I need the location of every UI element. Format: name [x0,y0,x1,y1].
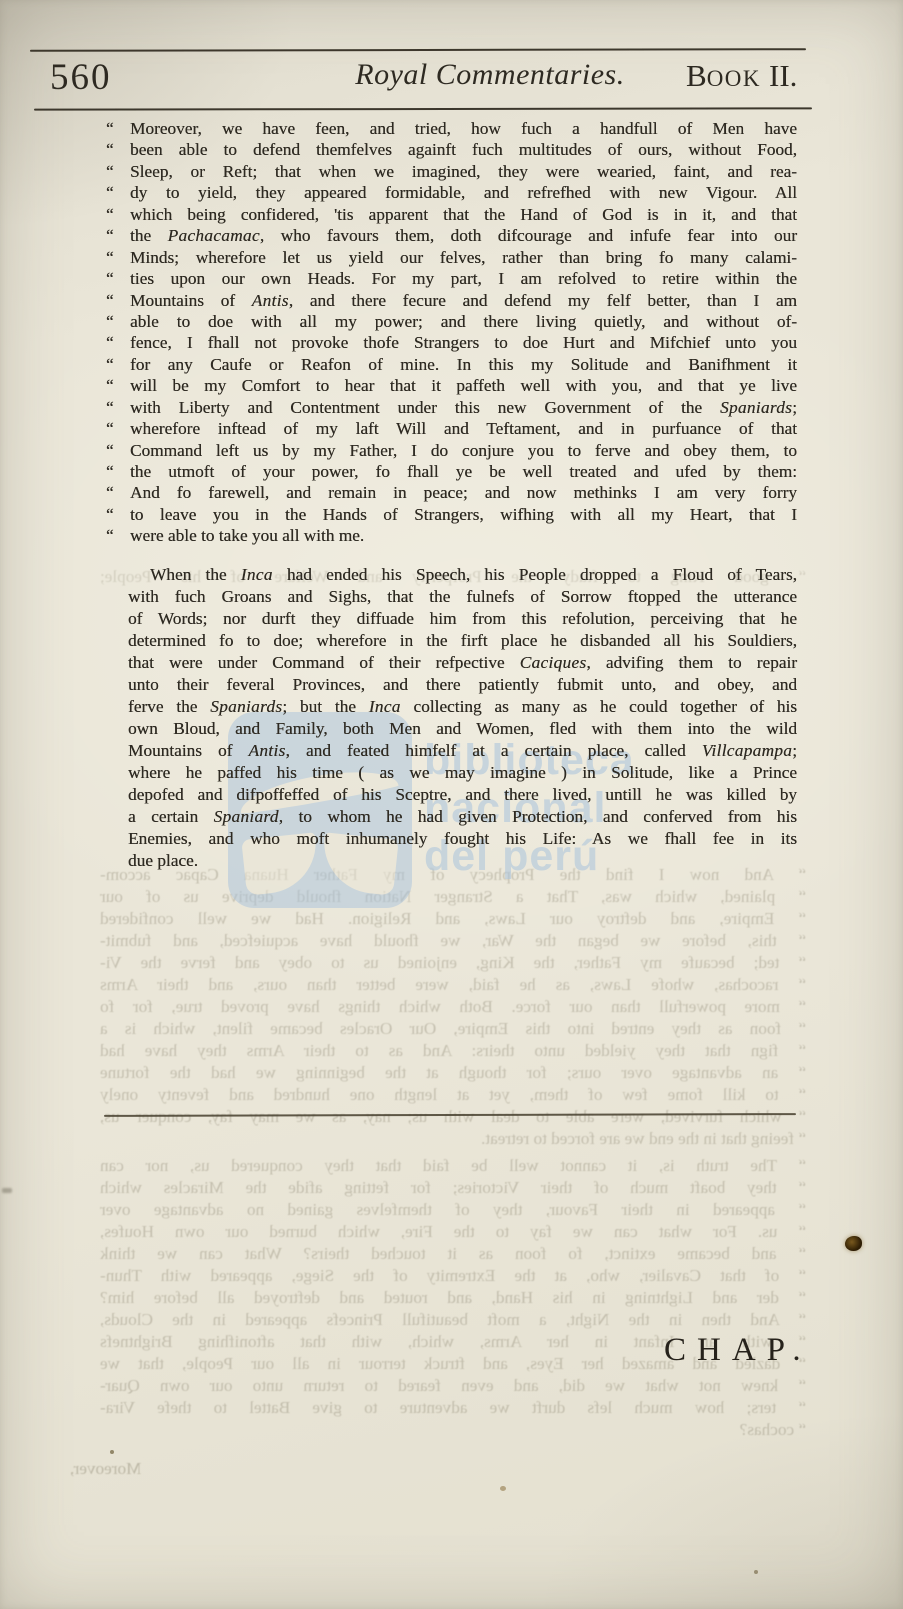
quotation-mark: “ [106,461,130,482]
text-line: “which being confidered, 'tis apparent t… [106,204,798,225]
quotation-mark: “ [106,504,130,525]
text-line: Mountains of Antis, and feated himfelf a… [128,740,798,762]
ink-speck [500,1486,506,1491]
text-line: “wherefore inftead of my laft Will and T… [106,418,798,439]
quotation-mark: “ [106,161,130,182]
quotation-mark: “ [106,418,130,439]
text-line: “fence, I fhall not provoke thofe Strang… [106,332,798,353]
text-line: Enemies, and who moft inhumanely fought … [128,828,798,850]
ink-speck [110,1450,114,1454]
ink-speck [754,1570,758,1574]
text-line: due place. [128,850,798,872]
burn-spot [845,1236,862,1251]
text-line: depofed and difpoffeffed of his Sceptre,… [128,784,798,806]
text-line: “able to doe with all my power; and ther… [106,311,798,332]
text-line: “And fo farewell, and remain in peace; a… [106,482,798,503]
text-line: that were under Command of their refpect… [128,652,798,674]
quotation-mark: “ [106,311,130,332]
text-line: ferve the Spaniards; but the Inca collec… [128,696,798,718]
text-line: “to leave you in the Hands of Strangers,… [106,504,798,525]
text-line: When the Inca had ended his Speech, his … [128,564,798,586]
text-line: “the utmoft of your power, fo fhall ye b… [106,461,798,482]
text-line: “Mountains of Antis, and there fecure an… [106,290,798,311]
quotation-mark: “ [106,118,130,139]
quotation-mark: “ [106,482,130,503]
text-line: “for any Caufe or Reafon of mine. In thi… [106,354,798,375]
quotation-mark: “ [106,225,130,246]
text-line: “ties upon our own Heads. For my part, I… [106,268,798,289]
edge-mark [2,1188,12,1193]
text-line: “Sleep, or Reft; that when we imagined, … [106,161,798,182]
text-line: “Command left us by my Father, I do conj… [106,440,798,461]
text-line: “dy to yield, they appeared formidable, … [106,182,798,203]
text-line: a certain Spaniard, to whom he had given… [128,806,798,828]
text-line: own Bloud, and Family, both Men and Wome… [128,718,798,740]
quotation-mark: “ [106,204,130,225]
text-line: “Minds; wherefore let us yield our felve… [106,247,798,268]
quotation-mark: “ [106,139,130,160]
catchword-chap: CHAP. [664,1332,812,1369]
quotation-mark: “ [106,268,130,289]
text-line: where he paffed his time ( as we may ima… [128,762,798,784]
text-line: unto their feveral Provinces, and there … [128,674,798,696]
text-line: with fuch Groans and Sighs, that the ful… [128,586,798,608]
text-line: “the Pachacamac, who favours them, doth … [106,225,798,246]
text-line: “will be my Comfort to hear that it paff… [106,375,798,396]
text-line: determined fo to doe; wherefore in the f… [128,630,798,652]
quotation-mark: “ [106,525,130,546]
text-line: “Moreover, we have feen, and tried, how … [106,118,798,139]
quotation-mark: “ [106,332,130,353]
book-page-scan: “ good King to ftudy the Profperity and … [0,0,903,1609]
text-line: “been able to defend themfelves againft … [106,139,798,160]
text-line: of Words; nor durft they diffuade him fr… [128,608,798,630]
quotation-mark: “ [106,290,130,311]
quotation-mark: “ [106,182,130,203]
narrative-paragraph: When the Inca had ended his Speech, his … [128,564,798,872]
inca-speech-paragraph: “Moreover, we have feen, and tried, how … [106,118,798,547]
text-line: “with Liberty and Contentment under this… [106,397,798,418]
quotation-mark: “ [106,354,130,375]
quotation-mark: “ [106,375,130,396]
quotation-mark: “ [106,397,130,418]
quotation-mark: “ [106,247,130,268]
text-line: “were able to take you all with me. [106,525,798,546]
quotation-mark: “ [106,440,130,461]
